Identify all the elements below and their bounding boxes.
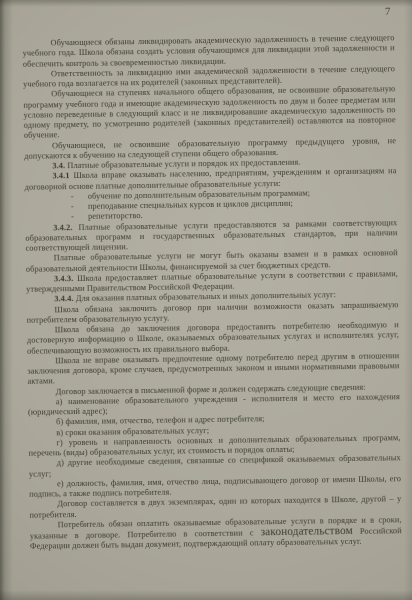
text-segment: Обучающиеся обязаны ликвидировать академ… (23, 33, 395, 68)
document-body: Обучающиеся обязаны ликвидировать академ… (22, 33, 402, 552)
text-segment: законодательством (261, 525, 353, 538)
list-dash: - (71, 202, 88, 213)
text-segment: 3.4.2. (53, 223, 72, 232)
text-segment: Школа не вправе оказывать предпочтение о… (27, 351, 399, 386)
paragraph: Потребитель обязан оплатить оказываемые … (30, 515, 402, 552)
text-segment: 3.4.4. (54, 294, 73, 303)
text-segment: 3.4.3. (54, 274, 73, 283)
list-dash: - (71, 192, 88, 203)
text-segment: преподавание специальных курсов и циклов… (88, 199, 293, 211)
text-segment: 3.4.1 (52, 171, 69, 180)
list-dash: - (71, 212, 88, 223)
text-segment: Платные образовательные услуги предостав… (25, 218, 397, 253)
text-segment: 3.4. (52, 161, 65, 170)
text-segment: Обучающиеся на ступенях начального общег… (23, 85, 395, 141)
page-number: 7 (384, 6, 390, 18)
paragraph: Обучающиеся на ступенях начального общег… (23, 85, 396, 142)
text-segment: Школа обязана до заключения договора пре… (27, 320, 399, 355)
text-segment: в) сроки оказания образовательных услуг; (56, 426, 209, 437)
document-photo: 7 Обучающиеся обязаны ликвидировать акад… (0, 0, 412, 600)
text-segment: репетиторство. (88, 211, 143, 221)
text-segment: б) фамилия, имя, отчество, телефон и адр… (56, 414, 265, 426)
